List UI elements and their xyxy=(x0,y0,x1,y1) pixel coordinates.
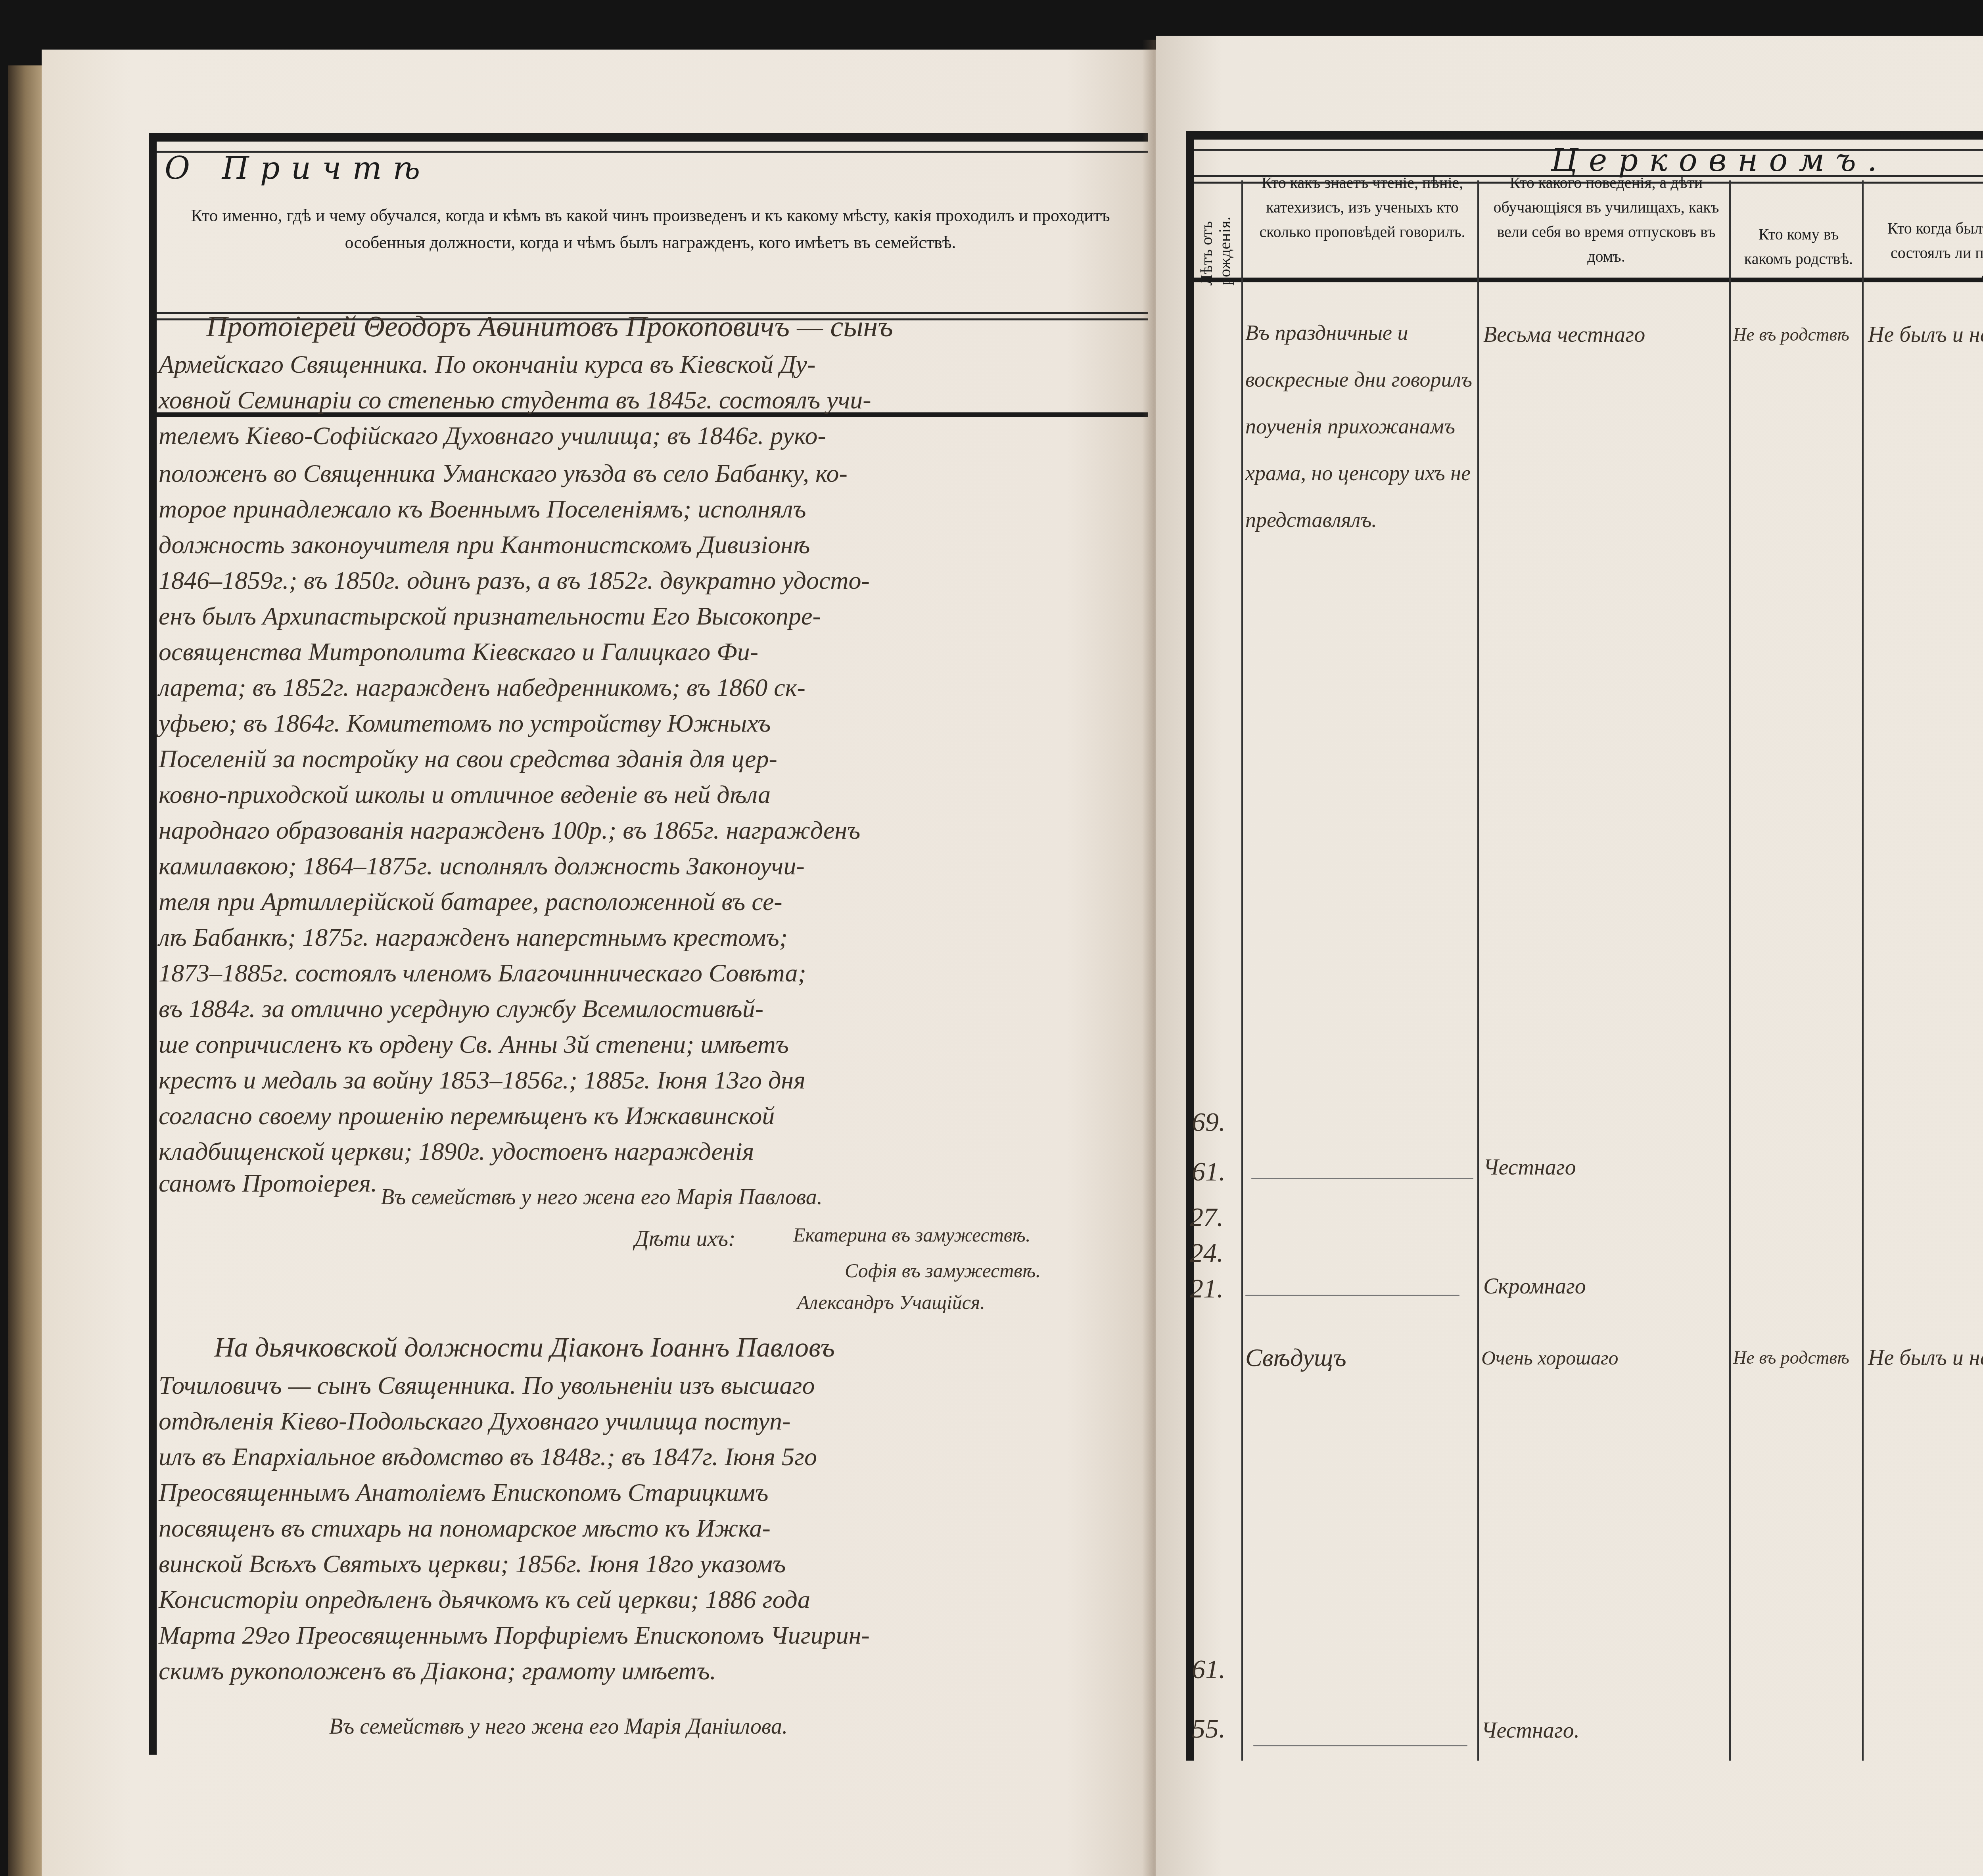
left-page-title: О Причтѣ xyxy=(165,151,431,186)
age-cell: 61. xyxy=(1192,1654,1225,1685)
age-cell: 61. xyxy=(1192,1156,1225,1187)
behavior-cell: Скромнаго xyxy=(1483,1261,1586,1312)
age-cell: 55. xyxy=(1192,1713,1225,1744)
age-cell: 21. xyxy=(1190,1273,1224,1304)
left-column-header: Кто именно, гдѣ и чему обучался, когда и… xyxy=(171,202,1130,256)
children-label: Дѣти ихъ: xyxy=(635,1213,736,1264)
behavior-cell: Честнаго xyxy=(1483,1142,1576,1193)
behavior-cell: Очень хорошаго xyxy=(1481,1332,1618,1383)
age-cell: 69. xyxy=(1192,1106,1225,1138)
entry-line: скимъ рукоположенъ въ Діакона; грамоту и… xyxy=(159,1646,716,1696)
blank-dash xyxy=(1251,1178,1473,1179)
column-header-relation: Кто кому въ какомъ родствѣ. xyxy=(1733,222,1864,271)
child-name: Александръ Учащійся. xyxy=(797,1277,985,1328)
penalties-cell: Не былъ и не состоялъ xyxy=(1868,1332,1983,1383)
knowledge-cell: Въ праздничные и воскресные дни говорилъ… xyxy=(1245,309,1475,543)
blank-dash xyxy=(1253,1745,1467,1746)
family-intro: Въ семействѣ у него жена его Марія Даніи… xyxy=(329,1701,788,1752)
family-intro: Въ семействѣ у него жена его Марія Павло… xyxy=(381,1172,823,1223)
blank-dash xyxy=(1245,1295,1459,1296)
penalties-cell: Не былъ и не состоялъ xyxy=(1868,309,1983,360)
relation-cell: Не въ родствѣ xyxy=(1733,309,1849,360)
entry-line: саномъ Протоіерея. xyxy=(159,1158,377,1209)
column-header-knowledge: Кто какъ знаетъ чтеніе, пѣніе, катехизис… xyxy=(1245,171,1479,244)
column-header-behavior: Кто какого поведенія, а дѣти обучающіяся… xyxy=(1481,171,1731,269)
age-cell: 27. xyxy=(1190,1201,1224,1233)
column-header-penalties: Кто когда былъ штрафованъ или не состоял… xyxy=(1864,216,1983,290)
behavior-cell: Честнаго. xyxy=(1481,1705,1580,1756)
age-cell: 24. xyxy=(1190,1237,1224,1269)
knowledge-cell: Свѣдущъ xyxy=(1245,1332,1346,1383)
relation-cell: Не въ родствѣ xyxy=(1733,1332,1849,1383)
behavior-cell: Весьма честнаго xyxy=(1483,309,1645,360)
column-header-age: Лѣтъ отъ рожденія. xyxy=(1198,190,1234,286)
